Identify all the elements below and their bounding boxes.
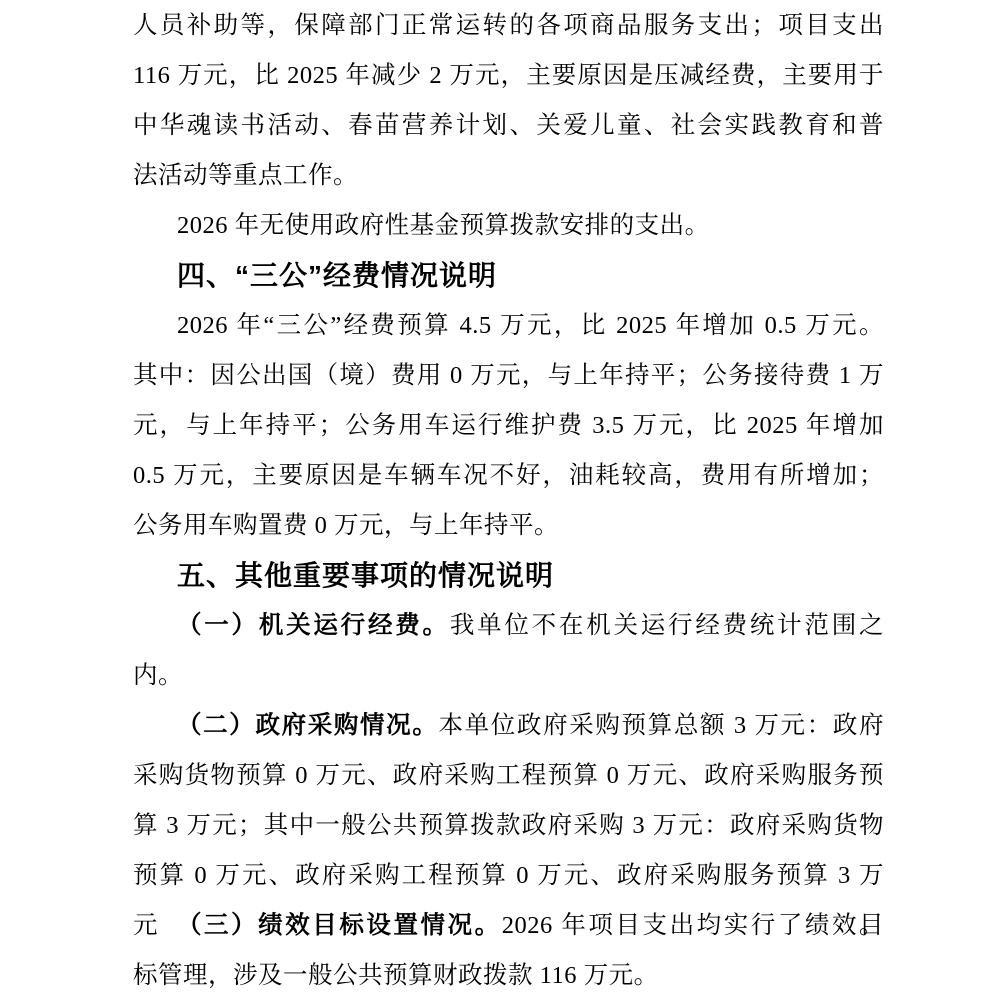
section-heading-4: 四、“三公”经费情况说明	[177, 251, 884, 301]
paragraph-text: 本单位政府采购预算总额 3 万元：政府	[438, 712, 884, 739]
paragraph-text: 2026 年项目支出均实行了绩效目	[502, 912, 884, 939]
document-text-block: 人员补助等，保障部门正常运转的各项商品服务支出；项目支出 116 万元，比 20…	[133, 1, 884, 1001]
text-line: 法活动等重点工作。	[133, 151, 884, 201]
text-line: （一）机关运行经费。我单位不在机关运行经费统计范围之	[133, 601, 884, 651]
text-line: 116 万元，比 2025 年减少 2 万元，主要原因是压减经费，主要用于	[133, 51, 884, 101]
text-line: 其中：因公出国（境）费用 0 万元，与上年持平；公务接待费 1 万	[133, 351, 884, 401]
paragraph-lead: （一）机关运行经费。	[177, 612, 450, 639]
text-line: 标管理，涉及一般公共预算财政拨款 116 万元。	[133, 951, 884, 1001]
paragraph-lead: （三）绩效目标设置情况。	[177, 912, 502, 939]
text-line: 2026 年“三公”经费预算 4.5 万元，比 2025 年增加 0.5 万元。	[133, 301, 884, 351]
text-line: （二）政府采购情况。本单位政府采购预算总额 3 万元：政府	[133, 701, 884, 751]
text-line: 0.5 万元，主要原因是车辆车况不好，油耗较高，费用有所增加；	[133, 451, 884, 501]
text-line: 预算 0 万元、政府采购工程预算 0 万元、政府采购服务预算 3 万元。	[133, 851, 884, 901]
text-line: 内。	[133, 651, 884, 701]
text-line: 算 3 万元；其中一般公共预算拨款政府采购 3 万元：政府采购货物	[133, 801, 884, 851]
document-page: 人员补助等，保障部门正常运转的各项商品服务支出；项目支出 116 万元，比 20…	[0, 0, 1000, 1003]
text-line: 2026 年无使用政府性基金预算拨款安排的支出。	[133, 201, 884, 251]
text-line: 采购货物预算 0 万元、政府采购工程预算 0 万元、政府采购服务预	[133, 751, 884, 801]
section-heading-5: 五、其他重要事项的情况说明	[177, 551, 884, 601]
paragraph-text: 我单位不在机关运行经费统计范围之	[450, 612, 884, 639]
text-line: 公务用车购置费 0 万元，与上年持平。	[133, 501, 884, 551]
text-line: 元，与上年持平；公务用车运行维护费 3.5 万元，比 2025 年增加	[133, 401, 884, 451]
text-line: （三）绩效目标设置情况。2026 年项目支出均实行了绩效目	[133, 901, 884, 951]
text-line: 中华魂读书活动、春苗营养计划、关爱儿童、社会实践教育和普	[133, 101, 884, 151]
text-line: 人员补助等，保障部门正常运转的各项商品服务支出；项目支出	[133, 1, 884, 51]
paragraph-lead: （二）政府采购情况。	[177, 712, 438, 739]
